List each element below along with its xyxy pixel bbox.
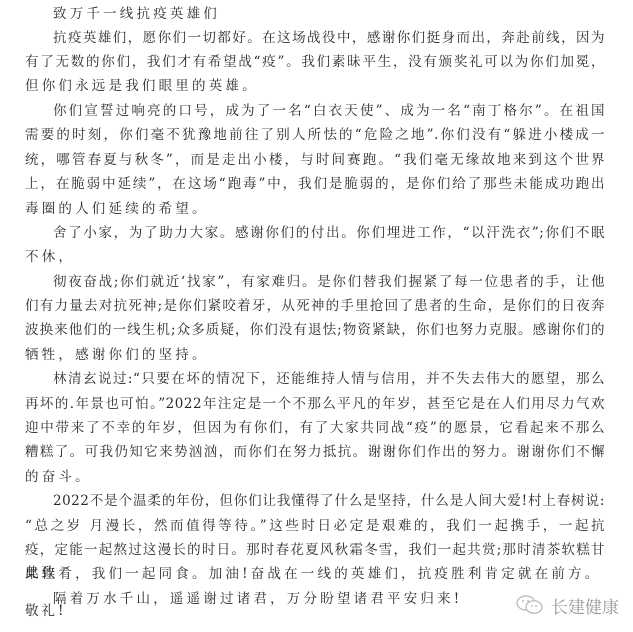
paragraph-line: 舍了小家，为了助力大家。感谢你们的付出。你们埋进工作，“以汗洗衣”;你们不眠 xyxy=(53,222,605,244)
letter-title: 致万千一线抗疫英雄们 xyxy=(53,3,605,25)
paragraph-line: 波换来他们的一线生机;众多质疑，你们没有退怯;物资紧缺，你们也努力克服。感谢你们… xyxy=(25,319,605,341)
paragraph-line: 迎中带来了不幸的年岁，但因为有你们，有了大家共同战“疫”的愿景，它看起来不那么 xyxy=(25,417,605,439)
paragraph-line: 彻夜奋战;你们就近‘找家”，有家难归。是你们替我们握紧了每一位患者的手，让他 xyxy=(53,271,605,293)
paragraph-line: 有了无数的你们，我们才有希望战“疫”。我们素昧平生，没有颁奖礼可以为你们加冕， xyxy=(25,51,605,73)
paragraph-line: 抗疫英雄们，愿你们一切都好。在这场战役中，感谢你们挺身而出，奔赴前线，因为 xyxy=(53,27,605,49)
watermark: 长建健康 xyxy=(515,592,619,618)
watermark-text: 长建健康 xyxy=(551,593,619,618)
paragraph-line: 但你们永远是我们眼里的英雄。 xyxy=(25,75,605,97)
paragraph-line: 果佳肴，我们一起同食。加油!奋战在一线的英雄们，抗疫胜利肯定就在前方。 xyxy=(25,563,605,585)
closing-regards: 敬礼! xyxy=(25,600,66,622)
paragraph-line: 不休， xyxy=(25,246,605,268)
paragraph-line: 林清玄说过:“只要在坏的情况下，还能维持人情与信用，并不失去伟大的愿望，那么 xyxy=(53,368,605,390)
paragraph-line: 统，哪管春夏与秋冬”，而是走出小楼，与时间赛跑。“我们毫无缘故地来到这个世界 xyxy=(25,149,605,171)
letter-page: 致万千一线抗疫英雄们 抗疫英雄们，愿你们一切都好。在这场战役中，感谢你们挺身而出… xyxy=(0,0,633,632)
paragraph-line: 糟糕了。可我仍知它来势汹汹，而你们在努力抵抗。谢谢你们作出的努力。谢谢你们不懈 xyxy=(25,441,605,463)
paragraph-line: 2022不是个温柔的年份，但你们让我懂得了什么是坚持，什么是人间大爱!村上春树说… xyxy=(53,490,605,512)
paragraph-line: 毒圈的人们延续的希望。 xyxy=(25,198,605,220)
paragraph-line: 你们宣誓过响亮的口号，成为了一名“白衣天使”、成为一名“南丁格尔”。在祖国 xyxy=(53,100,605,122)
paragraph-line: 们有力量去对抗死神;是你们紧咬着牙，从死神的手里抢回了患者的生命，是你们的日夜奔 xyxy=(25,295,605,317)
paragraph-line: 需要的时刻，你们毫不犹豫地前往了别人所怯的“危险之地”.你们没有“躲进小楼成一 xyxy=(25,124,605,146)
paragraph-line: 再坏的.年景也可怕。”2022年注定是一个不那么平凡的年岁，甚至它是在人们用尽力… xyxy=(25,393,605,415)
paragraph-line: “总之岁 月漫长，然而值得等待。”这些时日必定是艰难的，我们一起携手，一起抗 xyxy=(25,515,605,537)
paragraph-line: 上，在脆弱中延续”，在这场“跑毒”中，我们是脆弱的，是你们给了那些未能成功跑出 xyxy=(25,173,605,195)
paragraph-line: 的奋斗。 xyxy=(25,466,605,488)
wechat-icon xyxy=(515,594,545,616)
paragraph-line: 牺牲，感谢你们的坚持。 xyxy=(25,344,605,366)
closing-salutation: 此致 xyxy=(25,562,58,584)
paragraph-line: 疫，定能一起熬过这漫长的时日。那时春花夏风秋霜冬雪，我们一起共赏;那时清茶软糕甘 xyxy=(25,539,605,561)
